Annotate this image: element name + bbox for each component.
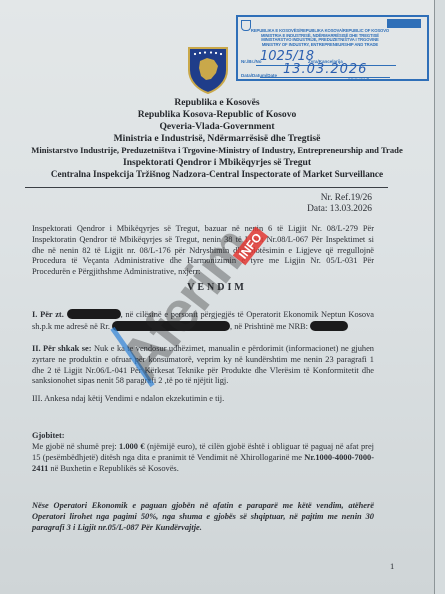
section-1: I. Për zt. , në cilësinë e personit përg… [32, 309, 374, 333]
ministry-logo-icon [387, 19, 421, 28]
fines-text: në Buxhetin e Republikës së Kosovës. [48, 464, 179, 473]
document-date: Data: 13.03.2026 [307, 204, 372, 214]
header-rule [25, 187, 388, 188]
background-strip [435, 0, 445, 594]
intro-paragraph: Inspektorati Qendror i Mbikëqyrjes së Tr… [32, 224, 374, 278]
section-1-label: I. Për zt. [32, 310, 64, 319]
redacted-name [67, 309, 121, 319]
fines-text: Me gjobë në shumë prej: [32, 442, 119, 451]
registry-stamp: REPUBLIKA E KOSOVËS/REPUBLIKA KOSOVA/REP… [236, 15, 429, 81]
document-title: VENDIM [0, 282, 434, 293]
fines-paragraph: Me gjobë në shumë prej: 1.000 € (njëmijë… [32, 442, 374, 474]
section-3: III. Ankesa ndaj këtij Vendimi e ndalon … [32, 394, 374, 405]
document-page: REPUBLIKA E KOSOVËS/REPUBLIKA KOSOVA/REP… [0, 0, 434, 594]
header-government: Qeveria-Vlada-Government [0, 121, 434, 132]
header-inspectorate-multilingual: Centralna Inspekcija Tržišnog Nadzora-Ce… [0, 169, 434, 180]
section-1-text-b: , në Prishtinë me NRB: [230, 322, 308, 331]
stamp-header-line: MINISTRY OF INDUSTRY, ENTREPRENEURSHIP A… [240, 43, 400, 48]
stamp-place: PRISHTINË [348, 77, 369, 82]
page-number: 1 [390, 561, 394, 571]
redacted-address [112, 321, 230, 331]
fines-title: Gjobitet: [32, 431, 374, 442]
header-ministry: Ministria e Industrisë, Ndërmarrësisë dh… [0, 133, 434, 144]
header-ministry-multilingual: Ministarstvo Industrije, Preduzetništva … [0, 145, 434, 156]
fine-amount: 1.000 € [119, 442, 147, 451]
stamp-date-value: 13.03.2026 [283, 62, 367, 77]
section-2-label: II. Për shkak se: [32, 344, 92, 353]
kosovo-coat-of-arms-icon [187, 46, 229, 94]
reference-number: Nr. Ref.19/26 [321, 193, 372, 203]
stamp-divider [260, 77, 390, 78]
discount-note: Nëse Operatori Ekonomik e paguan gjobën … [32, 501, 374, 533]
header-republic: Republika e Kosovës [0, 97, 434, 108]
header-inspectorate: Inspektorati Qendror i Mbikëqyrjes së Tr… [0, 157, 434, 168]
header-republic-multilingual: Republika Kosova-Republic of Kosovo [0, 109, 434, 120]
redacted-nrb [310, 321, 348, 331]
stamp-ref-label: Nr./Br./No [241, 59, 262, 64]
section-2: II. Për shkak se: Nuk e ka te vendosur u… [32, 344, 374, 387]
stamp-header: REPUBLIKA E KOSOVËS/REPUBLIKA KOSOVA/REP… [240, 29, 400, 47]
